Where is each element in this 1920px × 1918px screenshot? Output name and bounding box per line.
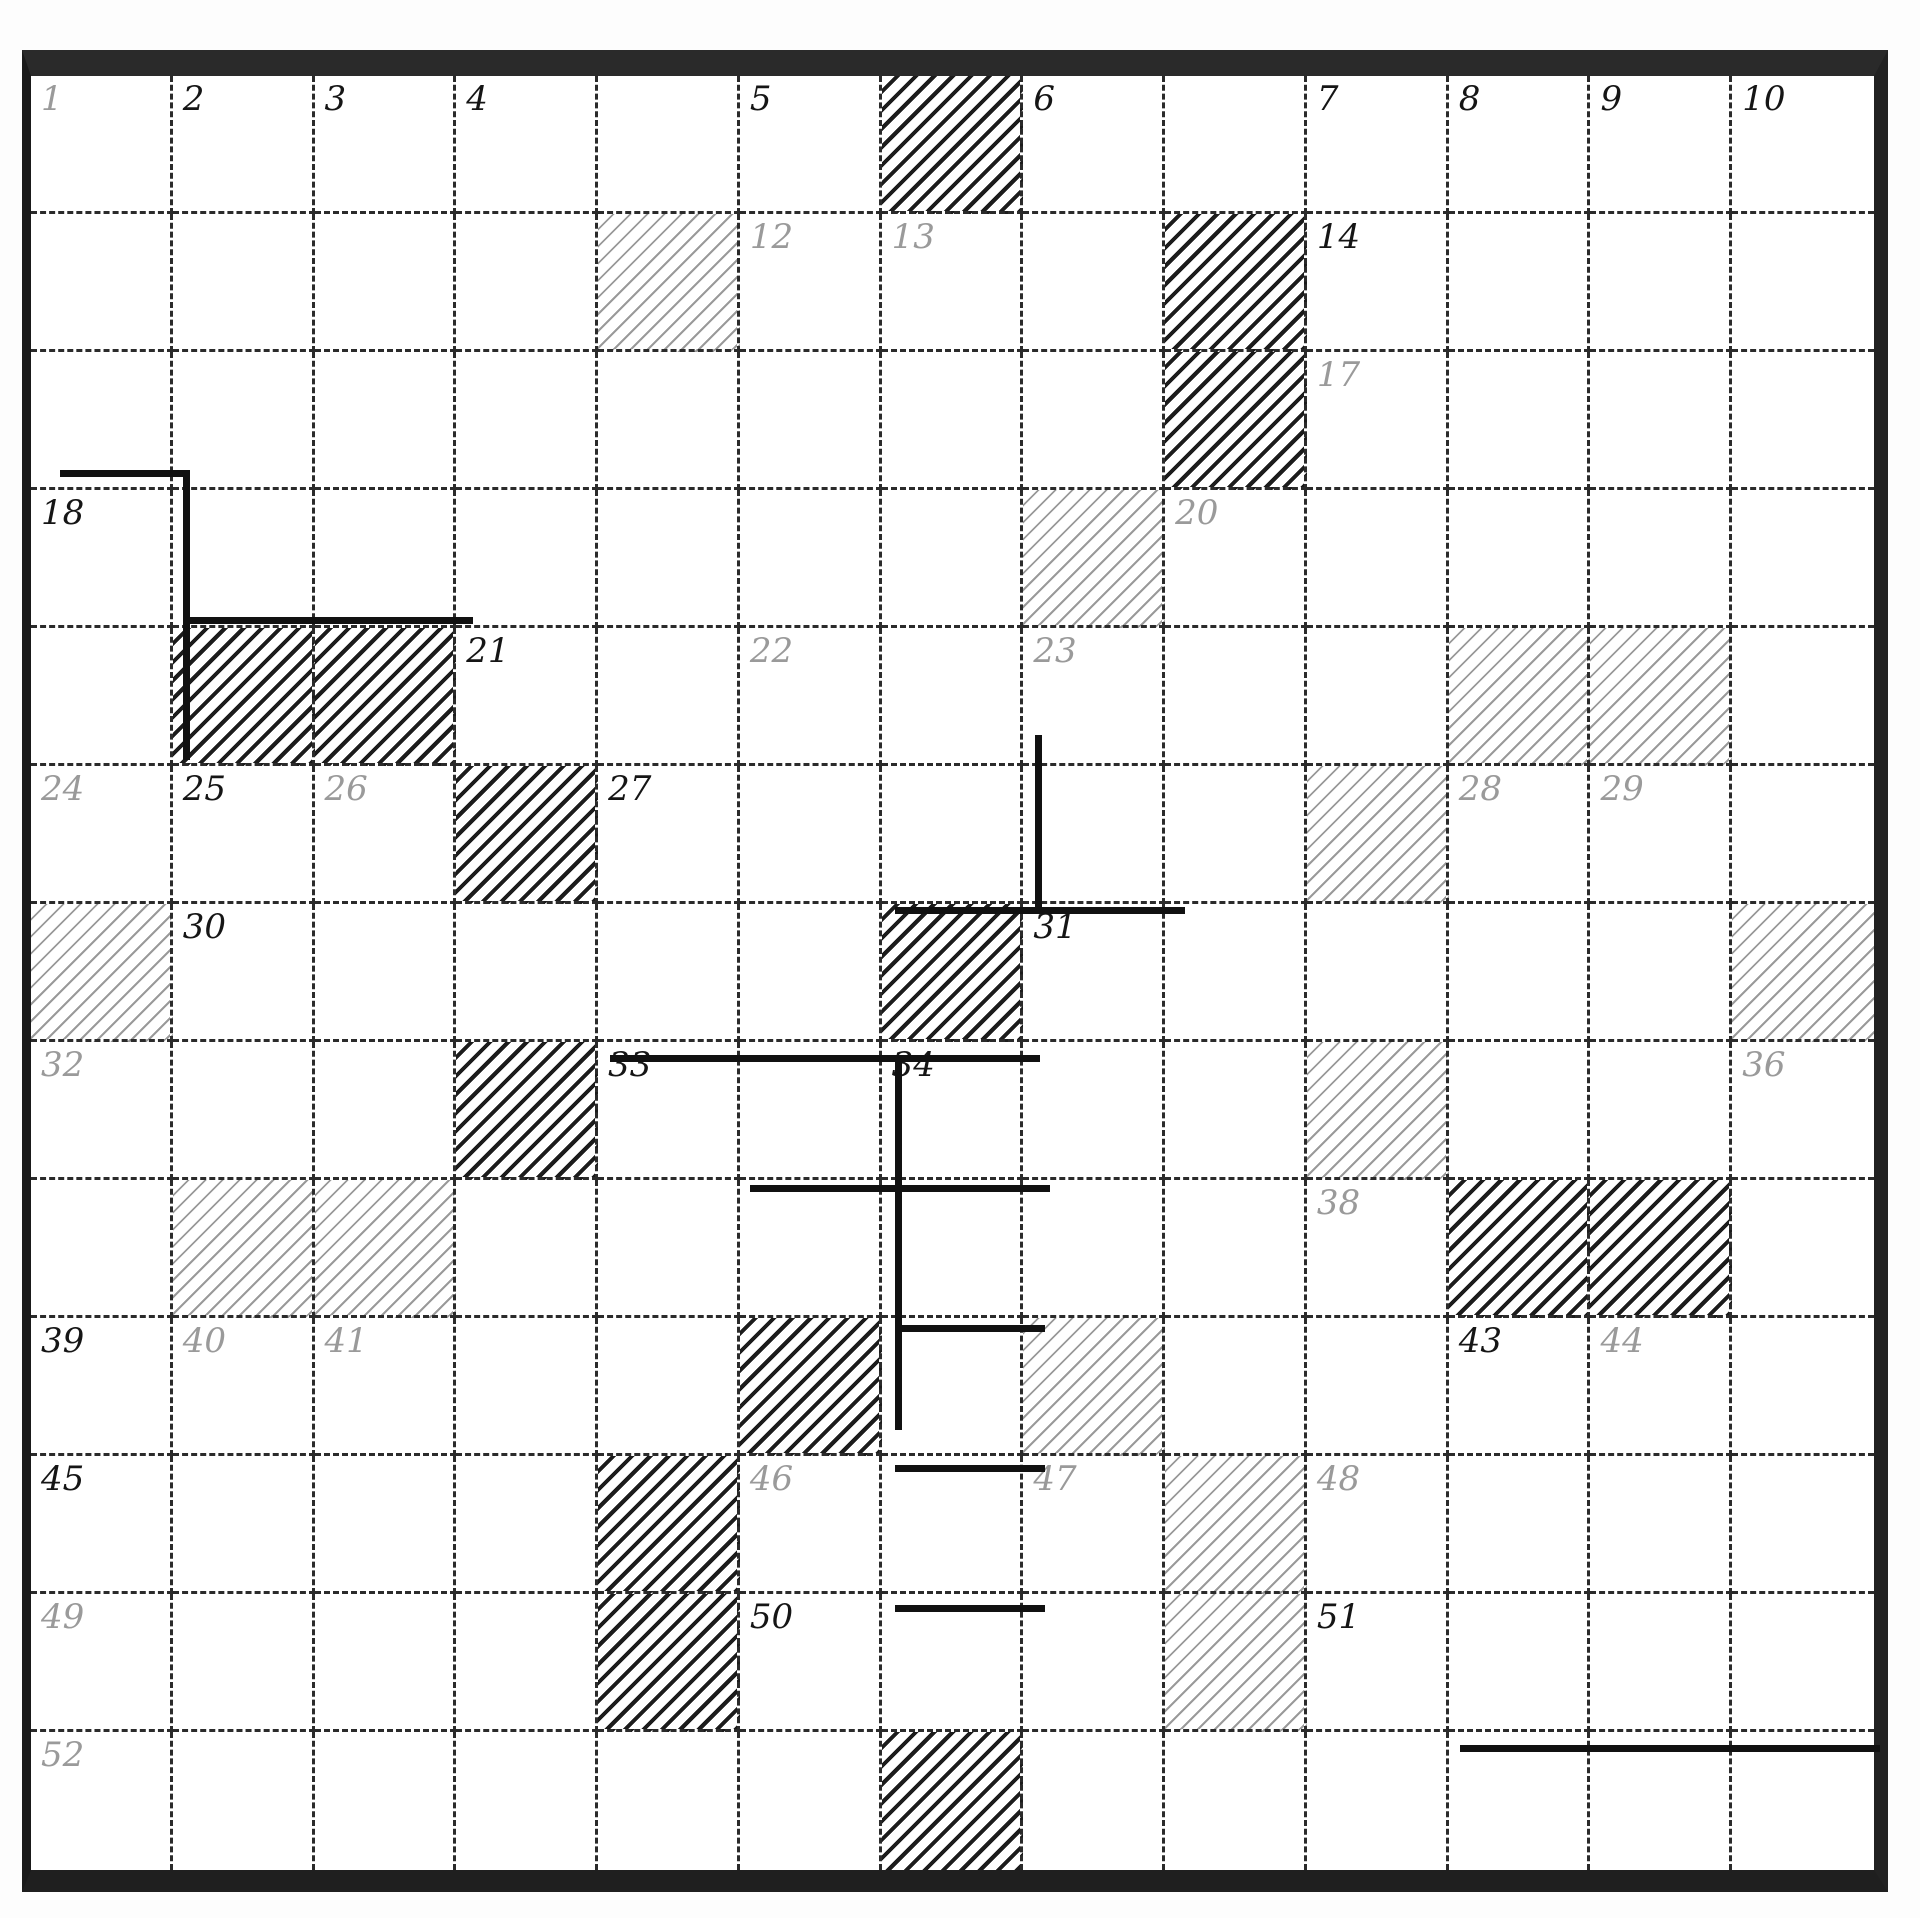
clue-number: 8 bbox=[1459, 82, 1481, 116]
shaded-cell bbox=[456, 1042, 598, 1180]
answer-cell[interactable] bbox=[1449, 1732, 1591, 1870]
shaded-cell bbox=[1165, 1594, 1307, 1732]
answer-cell[interactable] bbox=[173, 214, 315, 352]
clue-number: 13 bbox=[892, 220, 935, 254]
answer-cell[interactable] bbox=[1590, 352, 1732, 490]
clue-number: 14 bbox=[1317, 220, 1360, 254]
answer-cell[interactable] bbox=[882, 1456, 1024, 1594]
answer-cell[interactable] bbox=[1732, 1456, 1874, 1594]
answer-cell[interactable] bbox=[598, 490, 740, 628]
answer-cell[interactable] bbox=[1590, 490, 1732, 628]
answer-cell[interactable] bbox=[315, 1732, 457, 1870]
answer-cell[interactable]: 50 bbox=[740, 1594, 882, 1732]
clue-number: 20 bbox=[1175, 496, 1218, 530]
clue-number: 38 bbox=[1317, 1186, 1360, 1220]
clue-number: 39 bbox=[41, 1324, 84, 1358]
answer-cell[interactable] bbox=[456, 352, 598, 490]
answer-cell[interactable]: 13 bbox=[882, 214, 1024, 352]
clue-number: 46 bbox=[750, 1462, 793, 1496]
answer-cell[interactable] bbox=[1023, 1180, 1165, 1318]
answer-cell[interactable] bbox=[598, 1318, 740, 1456]
answer-cell[interactable] bbox=[598, 352, 740, 490]
answer-cell[interactable] bbox=[456, 904, 598, 1042]
shaded-cell bbox=[1023, 1318, 1165, 1456]
answer-cell[interactable] bbox=[1449, 214, 1591, 352]
clue-number: 48 bbox=[1317, 1462, 1360, 1496]
answer-cell[interactable] bbox=[1023, 214, 1165, 352]
shaded-cell bbox=[315, 1180, 457, 1318]
answer-cell[interactable] bbox=[315, 1042, 457, 1180]
clue-number: 22 bbox=[750, 634, 793, 668]
clue-number: 45 bbox=[41, 1462, 84, 1496]
answer-cell[interactable]: 24 bbox=[31, 766, 173, 904]
answer-cell[interactable] bbox=[31, 1180, 173, 1318]
thick-bar bbox=[895, 1325, 1045, 1332]
answer-cell[interactable]: 48 bbox=[1307, 1456, 1449, 1594]
shaded-cell bbox=[1165, 352, 1307, 490]
answer-cell[interactable]: 43 bbox=[1449, 1318, 1591, 1456]
answer-cell[interactable] bbox=[1449, 352, 1591, 490]
clue-number: 10 bbox=[1742, 82, 1785, 116]
answer-cell[interactable] bbox=[315, 352, 457, 490]
answer-cell[interactable] bbox=[598, 1732, 740, 1870]
answer-cell[interactable]: 33 bbox=[598, 1042, 740, 1180]
answer-cell[interactable]: 44 bbox=[1590, 1318, 1732, 1456]
clue-number: 31 bbox=[1033, 910, 1076, 944]
answer-cell[interactable] bbox=[1732, 1594, 1874, 1732]
shaded-cell bbox=[456, 766, 598, 904]
paper-sheet: 1234567891012131417182021222324252627282… bbox=[0, 0, 1920, 1918]
thick-bar bbox=[610, 1055, 1040, 1062]
answer-cell[interactable]: 8 bbox=[1449, 76, 1591, 214]
clue-number: 32 bbox=[41, 1048, 84, 1082]
answer-cell[interactable] bbox=[1165, 904, 1307, 1042]
clue-number: 29 bbox=[1600, 772, 1643, 806]
answer-cell[interactable] bbox=[1307, 1318, 1449, 1456]
answer-cell[interactable] bbox=[456, 1732, 598, 1870]
answer-cell[interactable] bbox=[1590, 214, 1732, 352]
shaded-cell bbox=[1023, 490, 1165, 628]
answer-cell[interactable] bbox=[1449, 1042, 1591, 1180]
shaded-cell bbox=[1590, 628, 1732, 766]
answer-cell[interactable] bbox=[456, 490, 598, 628]
answer-cell[interactable] bbox=[1590, 1594, 1732, 1732]
shaded-cell bbox=[740, 1318, 882, 1456]
answer-cell[interactable] bbox=[173, 1594, 315, 1732]
shaded-cell bbox=[1449, 628, 1591, 766]
thick-bar bbox=[895, 1060, 902, 1430]
clue-number: 23 bbox=[1033, 634, 1076, 668]
clue-number: 52 bbox=[41, 1738, 84, 1772]
thick-bar bbox=[183, 470, 190, 760]
shaded-cell bbox=[1307, 1042, 1449, 1180]
answer-cell[interactable]: 38 bbox=[1307, 1180, 1449, 1318]
shaded-cell bbox=[315, 628, 457, 766]
answer-cell[interactable] bbox=[598, 628, 740, 766]
answer-cell[interactable]: 17 bbox=[1307, 352, 1449, 490]
answer-cell[interactable] bbox=[740, 766, 882, 904]
answer-cell[interactable]: 7 bbox=[1307, 76, 1449, 214]
answer-cell[interactable] bbox=[740, 904, 882, 1042]
answer-cell[interactable] bbox=[1590, 1732, 1732, 1870]
answer-cell[interactable]: 36 bbox=[1732, 1042, 1874, 1180]
clue-number: 4 bbox=[466, 82, 488, 116]
answer-cell[interactable] bbox=[1023, 1594, 1165, 1732]
answer-cell[interactable]: 46 bbox=[740, 1456, 882, 1594]
answer-cell[interactable] bbox=[173, 1732, 315, 1870]
answer-cell[interactable]: 3 bbox=[315, 76, 457, 214]
answer-cell[interactable]: 2 bbox=[173, 76, 315, 214]
answer-cell[interactable] bbox=[1732, 1180, 1874, 1318]
answer-cell[interactable] bbox=[173, 490, 315, 628]
answer-cell[interactable]: 5 bbox=[740, 76, 882, 214]
answer-cell[interactable]: 25 bbox=[173, 766, 315, 904]
clue-number: 26 bbox=[325, 772, 368, 806]
answer-cell[interactable] bbox=[740, 490, 882, 628]
answer-cell[interactable] bbox=[1165, 1318, 1307, 1456]
answer-cell[interactable]: 20 bbox=[1165, 490, 1307, 628]
answer-cell[interactable] bbox=[1732, 214, 1874, 352]
answer-cell[interactable] bbox=[1449, 490, 1591, 628]
answer-cell[interactable]: 4 bbox=[456, 76, 598, 214]
answer-cell[interactable]: 22 bbox=[740, 628, 882, 766]
thick-bar bbox=[183, 617, 473, 624]
clue-number: 41 bbox=[325, 1324, 368, 1358]
shaded-cell bbox=[1590, 1180, 1732, 1318]
shaded-cell bbox=[598, 1456, 740, 1594]
crossword-grid: 1234567891012131417182021222324252627282… bbox=[22, 50, 1888, 1892]
shaded-cell bbox=[173, 628, 315, 766]
answer-cell[interactable] bbox=[31, 628, 173, 766]
thick-bar bbox=[1460, 1745, 1880, 1752]
clue-number: 17 bbox=[1317, 358, 1360, 392]
answer-cell[interactable] bbox=[315, 1456, 457, 1594]
clue-number: 6 bbox=[1033, 82, 1055, 116]
clue-number: 40 bbox=[183, 1324, 226, 1358]
answer-cell[interactable] bbox=[1732, 766, 1874, 904]
answer-cell[interactable] bbox=[456, 1180, 598, 1318]
answer-cell[interactable] bbox=[1023, 766, 1165, 904]
answer-cell[interactable]: 23 bbox=[1023, 628, 1165, 766]
answer-cell[interactable] bbox=[456, 1318, 598, 1456]
clue-number: 9 bbox=[1600, 82, 1622, 116]
answer-cell[interactable]: 26 bbox=[315, 766, 457, 904]
clue-number: 7 bbox=[1317, 82, 1339, 116]
clue-number: 3 bbox=[325, 82, 347, 116]
thick-bar bbox=[895, 1605, 1045, 1612]
thick-bar bbox=[750, 1185, 1050, 1192]
answer-cell[interactable] bbox=[456, 1594, 598, 1732]
shaded-cell bbox=[1165, 1456, 1307, 1594]
answer-cell[interactable]: 14 bbox=[1307, 214, 1449, 352]
shaded-cell bbox=[1165, 214, 1307, 352]
clue-number: 2 bbox=[183, 82, 205, 116]
answer-cell[interactable]: 31 bbox=[1023, 904, 1165, 1042]
shaded-cell bbox=[598, 214, 740, 352]
answer-cell[interactable] bbox=[882, 766, 1024, 904]
clue-number: 12 bbox=[750, 220, 793, 254]
shaded-cell bbox=[173, 1180, 315, 1318]
thick-bar bbox=[895, 907, 1185, 914]
answer-cell[interactable] bbox=[173, 1042, 315, 1180]
answer-cell[interactable] bbox=[1023, 352, 1165, 490]
shaded-cell bbox=[598, 1594, 740, 1732]
answer-cell[interactable]: 10 bbox=[1732, 76, 1874, 214]
clue-number: 50 bbox=[750, 1600, 793, 1634]
answer-cell[interactable]: 40 bbox=[173, 1318, 315, 1456]
answer-cell[interactable]: 49 bbox=[31, 1594, 173, 1732]
answer-cell[interactable] bbox=[315, 904, 457, 1042]
answer-cell[interactable]: 21 bbox=[456, 628, 598, 766]
answer-cell[interactable] bbox=[1307, 490, 1449, 628]
answer-cell[interactable]: 45 bbox=[31, 1456, 173, 1594]
answer-cell[interactable] bbox=[1590, 1042, 1732, 1180]
answer-cell[interactable] bbox=[740, 1180, 882, 1318]
answer-cell[interactable]: 9 bbox=[1590, 76, 1732, 214]
answer-cell[interactable] bbox=[740, 1042, 882, 1180]
shaded-cell bbox=[882, 904, 1024, 1042]
answer-cell[interactable] bbox=[1165, 76, 1307, 214]
answer-cell[interactable] bbox=[31, 214, 173, 352]
shaded-cell bbox=[1732, 904, 1874, 1042]
answer-cell[interactable] bbox=[882, 1594, 1024, 1732]
clue-number: 36 bbox=[1742, 1048, 1785, 1082]
answer-cell[interactable] bbox=[1449, 904, 1591, 1042]
clue-number: 5 bbox=[750, 82, 772, 116]
answer-cell[interactable] bbox=[1307, 904, 1449, 1042]
thick-bar bbox=[1035, 735, 1042, 910]
answer-cell[interactable]: 39 bbox=[31, 1318, 173, 1456]
answer-cell[interactable] bbox=[173, 1456, 315, 1594]
shaded-cell bbox=[882, 76, 1024, 214]
shaded-cell bbox=[882, 1732, 1024, 1870]
answer-cell[interactable] bbox=[1449, 1594, 1591, 1732]
answer-cell[interactable] bbox=[1165, 766, 1307, 904]
clue-number: 1 bbox=[41, 82, 63, 116]
answer-cell[interactable] bbox=[598, 904, 740, 1042]
clue-number: 27 bbox=[608, 772, 651, 806]
answer-cell[interactable]: 6 bbox=[1023, 76, 1165, 214]
answer-cell[interactable] bbox=[882, 352, 1024, 490]
answer-cell[interactable]: 47 bbox=[1023, 1456, 1165, 1594]
answer-cell[interactable] bbox=[315, 1594, 457, 1732]
shaded-cell bbox=[31, 904, 173, 1042]
answer-cell[interactable] bbox=[882, 1180, 1024, 1318]
clue-number: 24 bbox=[41, 772, 84, 806]
answer-cell[interactable]: 29 bbox=[1590, 766, 1732, 904]
answer-cell[interactable]: 34 bbox=[882, 1042, 1024, 1180]
shaded-cell bbox=[1307, 766, 1449, 904]
answer-cell[interactable] bbox=[598, 1180, 740, 1318]
answer-cell[interactable]: 18 bbox=[31, 490, 173, 628]
clue-number: 30 bbox=[183, 910, 226, 944]
answer-cell[interactable] bbox=[1590, 1456, 1732, 1594]
answer-cell[interactable] bbox=[315, 214, 457, 352]
answer-cell[interactable] bbox=[1732, 352, 1874, 490]
clue-number: 28 bbox=[1459, 772, 1502, 806]
answer-cell[interactable]: 52 bbox=[31, 1732, 173, 1870]
answer-cell[interactable] bbox=[1307, 628, 1449, 766]
clue-number: 18 bbox=[41, 496, 84, 530]
answer-cell[interactable] bbox=[740, 1732, 882, 1870]
clue-number: 33 bbox=[608, 1048, 651, 1082]
answer-cell[interactable]: 28 bbox=[1449, 766, 1591, 904]
answer-cell[interactable] bbox=[740, 352, 882, 490]
clue-number: 43 bbox=[1459, 1324, 1502, 1358]
clue-number: 49 bbox=[41, 1600, 84, 1634]
answer-cell[interactable] bbox=[598, 76, 740, 214]
answer-cell[interactable]: 51 bbox=[1307, 1594, 1449, 1732]
answer-cell[interactable] bbox=[882, 1318, 1024, 1456]
answer-cell[interactable]: 12 bbox=[740, 214, 882, 352]
answer-cell[interactable] bbox=[456, 214, 598, 352]
answer-cell[interactable] bbox=[1165, 1732, 1307, 1870]
clue-number: 51 bbox=[1317, 1600, 1360, 1634]
answer-cell[interactable] bbox=[1732, 628, 1874, 766]
answer-cell[interactable] bbox=[456, 1456, 598, 1594]
answer-cell[interactable] bbox=[1307, 1732, 1449, 1870]
clue-number: 21 bbox=[466, 634, 509, 668]
answer-cell[interactable] bbox=[1732, 1732, 1874, 1870]
answer-cell[interactable]: 32 bbox=[31, 1042, 173, 1180]
answer-cell[interactable] bbox=[1732, 490, 1874, 628]
answer-cell[interactable]: 27 bbox=[598, 766, 740, 904]
answer-cell[interactable] bbox=[1165, 1180, 1307, 1318]
answer-cell[interactable] bbox=[1590, 904, 1732, 1042]
answer-cell[interactable] bbox=[1023, 1042, 1165, 1180]
thick-bar bbox=[60, 470, 190, 477]
thick-bar bbox=[895, 1465, 1045, 1472]
answer-cell[interactable] bbox=[882, 628, 1024, 766]
clue-number: 25 bbox=[183, 772, 226, 806]
answer-cell[interactable] bbox=[1449, 1456, 1591, 1594]
answer-cell[interactable] bbox=[1732, 1318, 1874, 1456]
answer-cell[interactable] bbox=[1023, 1732, 1165, 1870]
shaded-cell bbox=[1449, 1180, 1591, 1318]
answer-cell[interactable] bbox=[315, 490, 457, 628]
answer-cell[interactable]: 41 bbox=[315, 1318, 457, 1456]
answer-cell[interactable] bbox=[1165, 1042, 1307, 1180]
clue-number: 44 bbox=[1600, 1324, 1643, 1358]
answer-cell[interactable] bbox=[882, 490, 1024, 628]
answer-cell[interactable]: 30 bbox=[173, 904, 315, 1042]
answer-cell[interactable] bbox=[173, 352, 315, 490]
answer-cell[interactable] bbox=[1165, 628, 1307, 766]
answer-cell[interactable]: 1 bbox=[31, 76, 173, 214]
